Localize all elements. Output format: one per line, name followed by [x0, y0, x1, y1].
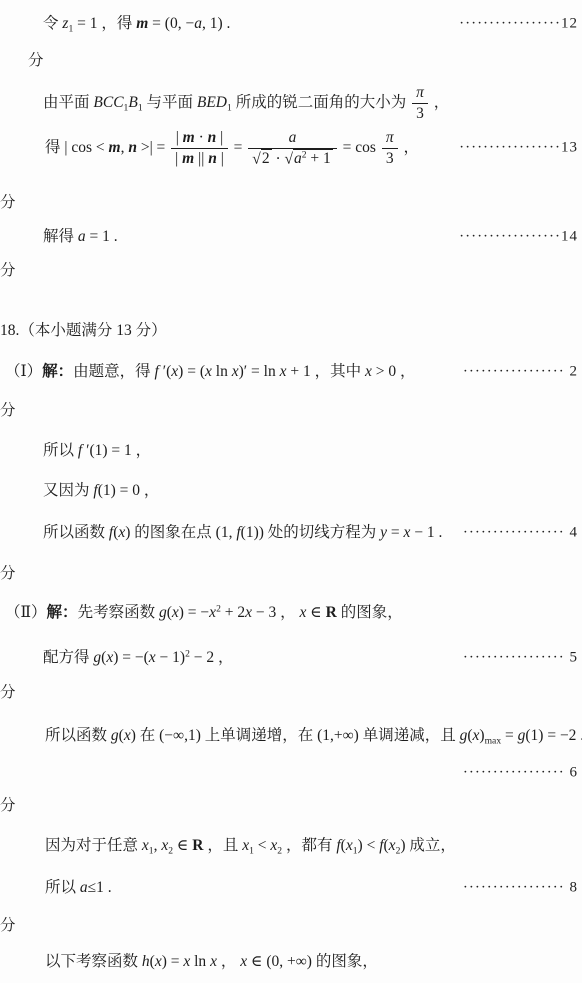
score-unit-fen: 分	[0, 795, 580, 817]
line-a-leq-1: 所以 a≤1 .················· 8	[45, 877, 580, 899]
math-text: max	[485, 735, 502, 746]
score-marker: ·················12	[459, 14, 578, 35]
score-marker: ·················14	[459, 226, 578, 247]
square-root: √2	[252, 149, 271, 167]
math-text: x	[240, 953, 247, 970]
line-normal-vector-m-text: 令 z1 = 1 ，得 m = (0, −a, 1) .	[43, 15, 230, 32]
line-normal-vector-m: 令 z1 = 1 ，得 m = (0, −a, 1) .············…	[43, 13, 580, 36]
score-unit-fen-text: 分	[0, 684, 16, 701]
score-marker: ················· 8	[463, 877, 578, 898]
math-text: x	[210, 953, 217, 970]
score-marker: ················· 2	[463, 361, 578, 382]
problem-18-header-text: 18.（本小题满分 13 分）	[0, 322, 167, 339]
math-text: x	[118, 524, 125, 541]
math-text: x	[389, 837, 396, 854]
math-text: x	[172, 604, 179, 621]
bold-math-text: R	[326, 604, 337, 621]
math-text: 1	[227, 102, 232, 113]
score-unit-fen-text: 分	[0, 565, 16, 582]
math-text: 2	[302, 150, 307, 161]
score-unit-fen: 分	[28, 50, 580, 72]
math-text: π	[416, 84, 424, 101]
math-text: g	[460, 727, 468, 744]
math-text: π	[386, 129, 394, 146]
document-page: 令 z1 = 1 ，得 m = (0, −a, 1) .············…	[0, 0, 582, 983]
bold-math-text: m	[182, 150, 194, 167]
line-dihedral-angle: 由平面 BCC1B1 与平面 BED1 所成的锐二面角的大小为 π3 ，	[43, 84, 580, 123]
score-unit-fen-text: 分	[0, 194, 16, 211]
score-unit-fen: 分	[0, 682, 580, 704]
math-text: f	[379, 837, 383, 854]
line-monotonicity-gmax-text: 所以函数 g(x) 在 (−∞,1) 上单调递增，在 (1,+∞) 单调递减，且…	[45, 727, 582, 744]
line-monotonic-condition-text: 因为对于任意 x1, x2 ∈ R ，且 x1 < x2 ，都有 f(x1) <…	[45, 837, 456, 854]
line-h-function: 以下考察函数 h(x) = x ln x ， x ∈ (0, +∞) 的图象，	[45, 951, 580, 973]
math-text: x	[106, 649, 113, 666]
line-a-leq-1-text: 所以 a≤1 .	[45, 879, 112, 896]
math-text: f	[109, 524, 113, 541]
math-text: g	[159, 604, 167, 621]
math-text: 1	[353, 845, 358, 856]
math-text: x	[149, 649, 156, 666]
math-text: 2	[216, 604, 221, 615]
bold-math-text: n	[208, 129, 217, 146]
bold-math-text: n	[128, 139, 137, 156]
line-f-1-zero: 又因为 f(1) = 0 ，	[43, 480, 580, 502]
score-unit-fen-text: 分	[28, 52, 44, 69]
score-marker: ·················13	[459, 138, 578, 159]
line-part2-g-function: （Ⅱ）解：先考察函数 g(x) = −x2 + 2x − 3 ， x ∈ R 的…	[5, 602, 580, 624]
math-text: 2	[168, 845, 173, 856]
math-text: x	[365, 363, 372, 380]
score-unit-fen-text: 分	[0, 917, 16, 934]
fraction: π3	[412, 84, 428, 123]
math-text: y	[380, 524, 387, 541]
math-text: a	[78, 228, 86, 245]
math-text: f	[78, 442, 82, 459]
math-text: x	[171, 363, 178, 380]
line-solve-a-text: 解得 a = 1 .	[43, 228, 118, 245]
bold-math-text: n	[208, 150, 217, 167]
bold-math-text: 解：	[42, 363, 73, 380]
math-text: 1	[68, 23, 73, 34]
score-marker: ················· 4	[463, 522, 578, 543]
line-tangent-equation: 所以函数 f(x) 的图象在点 (1, f(1)) 处的切线方程为 y = x …	[43, 522, 580, 544]
line-part1-derivative: （Ⅰ）解：由题意，得 f ′(x) = (x ln x)′ = ln x + 1…	[5, 361, 580, 383]
fraction: a√2 · √a2 + 1	[248, 129, 337, 168]
bold-math-text: m	[136, 15, 148, 32]
math-text: x	[473, 727, 480, 744]
score-unit-fen-text: 分	[0, 797, 16, 814]
math-text: BED	[197, 94, 227, 111]
bold-math-text: R	[192, 837, 203, 854]
score-unit-fen-text: 分	[0, 262, 16, 279]
fraction: π3	[382, 129, 398, 168]
square-root: √a2 + 1	[284, 149, 332, 167]
math-text: f	[336, 837, 340, 854]
math-text: x	[142, 837, 149, 854]
line-monotonic-condition: 因为对于任意 x1, x2 ∈ R ，且 x1 < x2 ，都有 f(x1) <…	[45, 835, 580, 858]
math-text: x	[205, 363, 212, 380]
line-monotonicity-gmax: 所以函数 g(x) 在 (−∞,1) 上单调递增，在 (1,+∞) 单调递减，且…	[45, 725, 580, 748]
math-text: BCC	[93, 94, 123, 111]
bold-math-text: 解：	[47, 604, 78, 621]
math-text: f	[93, 482, 97, 499]
math-text: a	[289, 129, 297, 146]
line-part2-g-function-text: （Ⅱ）解：先考察函数 g(x) = −x2 + 2x − 3 ， x ∈ R 的…	[5, 604, 403, 621]
math-text: 2	[277, 845, 282, 856]
math-text: x	[245, 604, 252, 621]
score-unit-fen-text: 分	[0, 402, 16, 419]
fraction: | m · n || m || n |	[171, 129, 228, 168]
math-text: g	[518, 727, 526, 744]
bold-math-text: m	[109, 139, 121, 156]
line-score-6: ················· 6	[43, 762, 580, 784]
math-text: h	[142, 953, 150, 970]
line-f-1-zero-text: 又因为 f(1) = 0 ，	[43, 482, 159, 499]
math-text: x	[404, 524, 411, 541]
line-h-function-text: 以下考察函数 h(x) = x ln x ， x ∈ (0, +∞) 的图象，	[45, 953, 378, 970]
score-unit-fen: 分	[0, 192, 580, 214]
line-dihedral-angle-text: 由平面 BCC1B1 与平面 BED1 所成的锐二面角的大小为 π3 ，	[43, 94, 449, 111]
math-text: x	[124, 727, 131, 744]
math-text: f	[155, 363, 159, 380]
score-marker: ················· 6	[463, 762, 578, 783]
math-text: a	[80, 879, 88, 896]
math-text: 1	[249, 845, 254, 856]
line-cos-angle-equation-text: 得 | cos < m, n >| = | m · n || m || n | …	[45, 139, 419, 156]
score-unit-fen: 分	[0, 563, 580, 585]
math-text: 1	[149, 845, 154, 856]
math-text: g	[111, 727, 119, 744]
math-text: 2	[396, 845, 401, 856]
math-text: 1	[138, 102, 143, 113]
math-text: 2	[185, 649, 190, 660]
line-part1-derivative-text: （Ⅰ）解：由题意，得 f ′(x) = (x ln x)′ = ln x + 1…	[5, 363, 415, 380]
line-f-prime-1: 所以 f ′(1) = 1 ，	[43, 440, 580, 462]
math-text: x	[183, 953, 190, 970]
problem-18-header: 18.（本小题满分 13 分）	[0, 320, 580, 342]
bold-math-text: m	[183, 129, 195, 146]
score-unit-fen: 分	[0, 915, 580, 937]
math-text: x	[280, 363, 287, 380]
math-text: a	[194, 15, 202, 32]
math-text: x	[232, 363, 239, 380]
math-text: x	[300, 604, 307, 621]
math-text: x	[346, 837, 353, 854]
line-tangent-equation-text: 所以函数 f(x) 的图象在点 (1, f(1)) 处的切线方程为 y = x …	[43, 524, 442, 541]
line-complete-square-text: 配方得 g(x) = −(x − 1)2 − 2 ，	[43, 649, 233, 666]
math-text: f	[236, 524, 240, 541]
score-unit-fen: 分	[0, 260, 580, 282]
score-marker: ················· 5	[463, 647, 578, 668]
score-unit-fen: 分	[0, 400, 580, 422]
line-f-prime-1-text: 所以 f ′(1) = 1 ，	[43, 442, 151, 459]
line-cos-angle-equation: 得 | cos < m, n >| = | m · n || m || n | …	[45, 129, 580, 168]
math-text: g	[93, 649, 101, 666]
line-solve-a: 解得 a = 1 .·················14	[43, 226, 580, 248]
math-text: x	[155, 953, 162, 970]
math-text: B	[128, 94, 137, 111]
math-text: a	[294, 150, 302, 167]
line-complete-square: 配方得 g(x) = −(x − 1)2 − 2 ，··············…	[43, 647, 580, 669]
